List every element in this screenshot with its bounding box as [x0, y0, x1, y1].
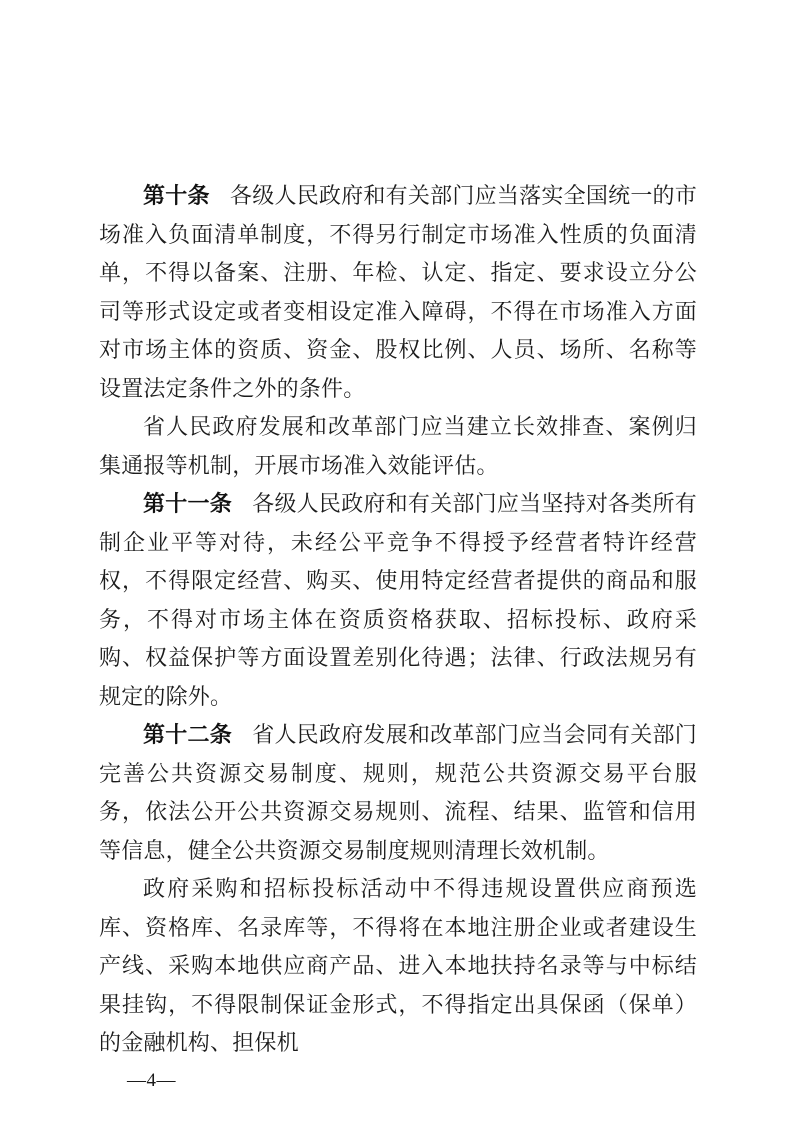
page-number: —4—	[127, 1070, 176, 1092]
paragraph-article-10: 第十条各级人民政府和有关部门应当落实全国统一的市场准入负面清单制度，不得另行制定…	[99, 177, 697, 408]
paragraph-article-12: 第十二条省人民政府发展和改革部门应当会同有关部门完善公共资源交易制度、规则，规范…	[99, 716, 697, 870]
paragraph-article-11: 第十一条各级人民政府和有关部门应当坚持对各类所有制企业平等对待，未经公平竞争不得…	[99, 485, 697, 716]
paragraph-article-10-sub: 省人民政府发展和改革部门应当建立长效排查、案例归集通报等机制，开展市场准入效能评…	[99, 408, 697, 485]
article-12-sub-text: 政府采购和招标投标活动中不得违规设置供应商预选库、资格库、名录库等，不得将在本地…	[99, 876, 697, 1055]
document-body: 第十条各级人民政府和有关部门应当落实全国统一的市场准入负面清单制度，不得另行制定…	[99, 177, 697, 1063]
document-page: 第十条各级人民政府和有关部门应当落实全国统一的市场准入负面清单制度，不得另行制定…	[0, 0, 793, 1122]
article-11-text: 各级人民政府和有关部门应当坚持对各类所有制企业平等对待，未经公平竞争不得授予经营…	[99, 491, 697, 709]
article-12-label: 第十二条	[143, 722, 232, 747]
article-10-text: 各级人民政府和有关部门应当落实全国统一的市场准入负面清单制度，不得另行制定市场准…	[99, 183, 697, 401]
article-11-label: 第十一条	[143, 491, 232, 516]
paragraph-article-12-sub: 政府采购和招标投标活动中不得违规设置供应商预选库、资格库、名录库等，不得将在本地…	[99, 870, 697, 1063]
article-10-sub-text: 省人民政府发展和改革部门应当建立长效排查、案例归集通报等机制，开展市场准入效能评…	[99, 414, 697, 478]
article-10-label: 第十条	[143, 183, 210, 208]
